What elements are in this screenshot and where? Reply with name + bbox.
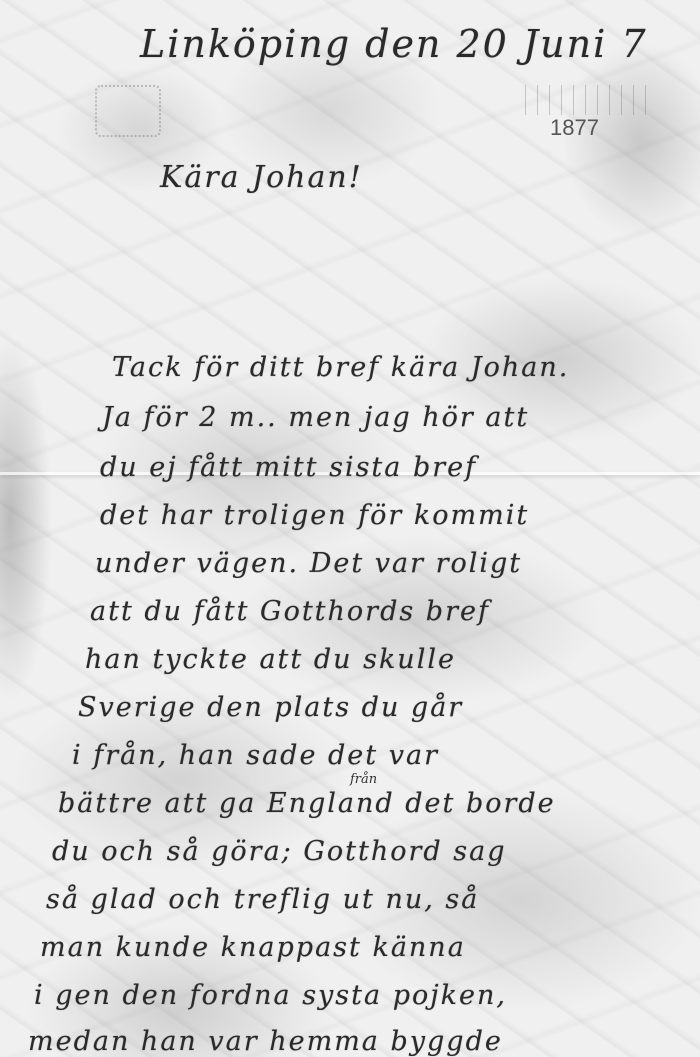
body-line-5: under vägen. Det var roligt [95, 548, 522, 579]
body-line-6: att du fått Gotthords bref [90, 596, 490, 627]
letter-salutation: Kära Johan! [160, 160, 363, 195]
body-line-2: Ja för 2 m.. men jag hör att [102, 402, 529, 433]
body-line-1: Tack för ditt bref kära Johan. [112, 352, 569, 383]
faded-stamp-mark [95, 85, 161, 137]
body-line-14: i gen den fordna systa pojken, [34, 980, 507, 1011]
body-line-7: han tyckte att du skulle [85, 644, 456, 675]
body-line-3: du ej fått mitt sista bref [100, 452, 477, 483]
body-line-12: så glad och treflig ut nu, så [46, 884, 479, 915]
letter-place-date: Linköping den 20 Juni 7 [140, 22, 648, 66]
faded-ruler-marks [525, 85, 655, 115]
letter-page: Linköping den 20 Juni 7 1877 Kära Johan!… [0, 0, 700, 1057]
body-line-9: i från, han sade det var [72, 740, 439, 771]
archive-year-note: 1877 [550, 115, 599, 141]
body-line-8: Sverige den plats du går [78, 692, 463, 723]
body-line-11: du och så göra; Gotthord sag [52, 836, 507, 867]
body-line-4: det har troligen för kommit [100, 500, 529, 531]
interlinear-insertion: från [350, 772, 377, 787]
body-line-13: man kunde knappast känna [40, 932, 466, 963]
body-line-10: bättre att ga England det borde [58, 788, 556, 819]
body-line-15: medan han var hemma byggde [28, 1026, 503, 1057]
